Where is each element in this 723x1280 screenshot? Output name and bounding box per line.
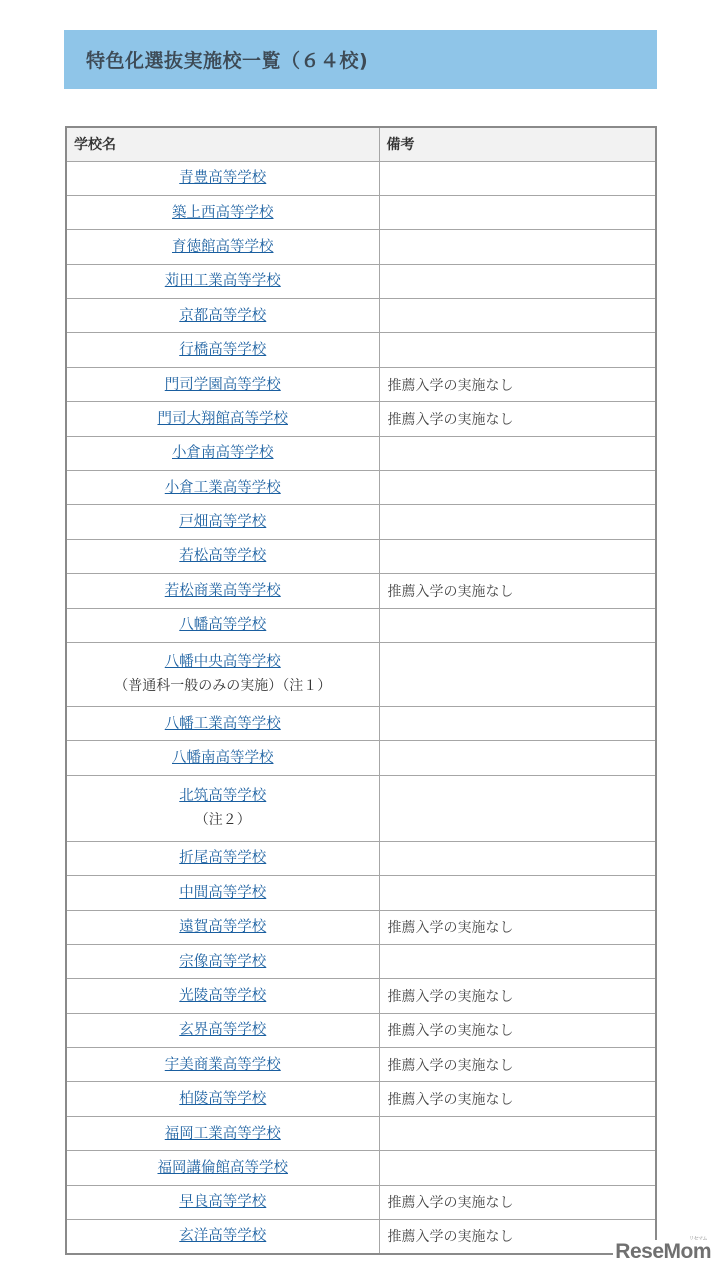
page-title: 特色化選抜実施校一覧（６４校) bbox=[86, 46, 368, 73]
school-name-cell: 折尾高等学校 bbox=[66, 841, 379, 875]
table-row: 玄洋高等学校推薦入学の実施なし bbox=[66, 1220, 656, 1254]
school-name-cell: 玄洋高等学校 bbox=[66, 1220, 379, 1254]
school-name-cell: 福岡講倫館高等学校 bbox=[66, 1151, 379, 1185]
school-link[interactable]: 苅田工業高等学校 bbox=[165, 273, 281, 289]
school-name-cell: 小倉工業高等学校 bbox=[66, 471, 379, 505]
school-name-cell: 築上西高等学校 bbox=[66, 195, 379, 229]
table-row: 小倉南高等学校 bbox=[66, 436, 656, 470]
school-link[interactable]: 早良高等学校 bbox=[179, 1194, 266, 1210]
school-link[interactable]: 戸畑高等学校 bbox=[179, 514, 266, 530]
remark-cell: 推薦入学の実施なし bbox=[379, 1013, 656, 1047]
school-link[interactable]: 八幡高等学校 bbox=[179, 617, 266, 633]
table-row: 若松高等学校 bbox=[66, 539, 656, 573]
school-name-cell: 早良高等学校 bbox=[66, 1185, 379, 1219]
school-link[interactable]: 築上西高等学校 bbox=[172, 205, 274, 221]
table-row: 育徳館高等学校 bbox=[66, 230, 656, 264]
remark-cell bbox=[379, 1116, 656, 1150]
table-row: 青豊高等学校 bbox=[66, 161, 656, 195]
table-row: 福岡工業高等学校 bbox=[66, 1116, 656, 1150]
school-link[interactable]: 玄洋高等学校 bbox=[179, 1228, 266, 1244]
school-name-cell: 八幡高等学校 bbox=[66, 608, 379, 642]
table-row: 京都高等学校 bbox=[66, 299, 656, 333]
table-row: 福岡講倫館高等学校 bbox=[66, 1151, 656, 1185]
school-link[interactable]: 青豊高等学校 bbox=[179, 170, 266, 186]
school-name-cell: 遠賀高等学校 bbox=[66, 910, 379, 944]
logo-ruby: リセマム bbox=[689, 1235, 707, 1242]
school-name-cell: 苅田工業高等学校 bbox=[66, 264, 379, 298]
school-link[interactable]: 福岡工業高等学校 bbox=[165, 1126, 281, 1142]
table-row: 戸畑高等学校 bbox=[66, 505, 656, 539]
school-name-cell: 小倉南高等学校 bbox=[66, 436, 379, 470]
title-banner: 特色化選抜実施校一覧（６４校) bbox=[64, 30, 657, 89]
remark-cell: 推薦入学の実施なし bbox=[379, 1185, 656, 1219]
school-link[interactable]: 宗像高等学校 bbox=[179, 954, 266, 970]
table-row: 門司学園高等学校推薦入学の実施なし bbox=[66, 367, 656, 401]
school-name-cell: 中間高等学校 bbox=[66, 876, 379, 910]
school-name-cell: 青豊高等学校 bbox=[66, 161, 379, 195]
table-row: 折尾高等学校 bbox=[66, 841, 656, 875]
resemom-logo: リセマム ReseMom bbox=[613, 1240, 713, 1264]
table-row: 玄界高等学校推薦入学の実施なし bbox=[66, 1013, 656, 1047]
remark-cell: 推薦入学の実施なし bbox=[379, 910, 656, 944]
school-link[interactable]: 門司大翔館高等学校 bbox=[158, 411, 289, 427]
school-link[interactable]: 小倉南高等学校 bbox=[172, 445, 274, 461]
school-link[interactable]: 柏陵高等学校 bbox=[179, 1091, 266, 1107]
school-link[interactable]: 若松高等学校 bbox=[179, 548, 266, 564]
school-name-cell: 福岡工業高等学校 bbox=[66, 1116, 379, 1150]
table-row: 早良高等学校推薦入学の実施なし bbox=[66, 1185, 656, 1219]
table-row: 宗像高等学校 bbox=[66, 944, 656, 978]
remark-cell bbox=[379, 299, 656, 333]
table-row: 八幡高等学校 bbox=[66, 608, 656, 642]
school-link[interactable]: 玄界高等学校 bbox=[179, 1022, 266, 1038]
school-name-cell: 若松商業高等学校 bbox=[66, 574, 379, 608]
school-name-cell: 戸畑高等学校 bbox=[66, 505, 379, 539]
column-header-remarks: 備考 bbox=[379, 127, 656, 161]
remark-cell bbox=[379, 436, 656, 470]
school-link[interactable]: 中間高等学校 bbox=[179, 885, 266, 901]
remark-cell bbox=[379, 775, 656, 841]
table-row: 若松商業高等学校推薦入学の実施なし bbox=[66, 574, 656, 608]
table-row: 八幡工業高等学校 bbox=[66, 706, 656, 740]
remark-cell bbox=[379, 195, 656, 229]
remark-cell bbox=[379, 706, 656, 740]
remark-cell: 推薦入学の実施なし bbox=[379, 402, 656, 436]
table-row: 中間高等学校 bbox=[66, 876, 656, 910]
school-name-cell: 八幡南高等学校 bbox=[66, 741, 379, 775]
logo-text: ReseMom bbox=[615, 1240, 711, 1263]
remark-cell bbox=[379, 333, 656, 367]
remark-cell bbox=[379, 741, 656, 775]
school-name-cell: 北筑高等学校（注２） bbox=[66, 775, 379, 841]
remark-cell bbox=[379, 1151, 656, 1185]
column-header-school-name: 学校名 bbox=[66, 127, 379, 161]
school-link[interactable]: 折尾高等学校 bbox=[179, 850, 266, 866]
school-note: （注２） bbox=[67, 808, 379, 832]
remark-cell bbox=[379, 608, 656, 642]
table-row: 遠賀高等学校推薦入学の実施なし bbox=[66, 910, 656, 944]
remark-cell bbox=[379, 841, 656, 875]
school-link[interactable]: 八幡中央高等学校 bbox=[165, 654, 281, 670]
table-row: 光陵高等学校推薦入学の実施なし bbox=[66, 979, 656, 1013]
school-name-cell: 柏陵高等学校 bbox=[66, 1082, 379, 1116]
school-name-cell: 門司大翔館高等学校 bbox=[66, 402, 379, 436]
school-link[interactable]: 北筑高等学校 bbox=[179, 788, 266, 804]
school-name-cell: 育徳館高等学校 bbox=[66, 230, 379, 264]
remark-cell bbox=[379, 944, 656, 978]
school-name-cell: 京都高等学校 bbox=[66, 299, 379, 333]
remark-cell: 推薦入学の実施なし bbox=[379, 979, 656, 1013]
table-row: 小倉工業高等学校 bbox=[66, 471, 656, 505]
table-body: 青豊高等学校築上西高等学校育徳館高等学校苅田工業高等学校京都高等学校行橋高等学校… bbox=[66, 161, 656, 1254]
school-link[interactable]: 福岡講倫館高等学校 bbox=[158, 1160, 289, 1176]
remark-cell: 推薦入学の実施なし bbox=[379, 1048, 656, 1082]
table-row: 北筑高等学校（注２） bbox=[66, 775, 656, 841]
schools-table: 学校名 備考 青豊高等学校築上西高等学校育徳館高等学校苅田工業高等学校京都高等学… bbox=[65, 126, 657, 1255]
school-link[interactable]: 八幡工業高等学校 bbox=[165, 716, 281, 732]
school-name-cell: 宗像高等学校 bbox=[66, 944, 379, 978]
remark-cell bbox=[379, 642, 656, 706]
table-header-row: 学校名 備考 bbox=[66, 127, 656, 161]
table-row: 八幡南高等学校 bbox=[66, 741, 656, 775]
school-name-cell: 玄界高等学校 bbox=[66, 1013, 379, 1047]
school-name-cell: 若松高等学校 bbox=[66, 539, 379, 573]
school-link[interactable]: 行橋高等学校 bbox=[179, 342, 266, 358]
remark-cell bbox=[379, 471, 656, 505]
table-row: 苅田工業高等学校 bbox=[66, 264, 656, 298]
table-row: 門司大翔館高等学校推薦入学の実施なし bbox=[66, 402, 656, 436]
remark-cell: 推薦入学の実施なし bbox=[379, 574, 656, 608]
remark-cell: 推薦入学の実施なし bbox=[379, 1082, 656, 1116]
table-row: 行橋高等学校 bbox=[66, 333, 656, 367]
school-link[interactable]: 京都高等学校 bbox=[179, 308, 266, 324]
school-link[interactable]: 門司学園高等学校 bbox=[165, 377, 281, 393]
table-row: 築上西高等学校 bbox=[66, 195, 656, 229]
table-row: 八幡中央高等学校（普通科一般のみの実施）（注１） bbox=[66, 642, 656, 706]
school-link[interactable]: 光陵高等学校 bbox=[179, 988, 266, 1004]
remark-cell bbox=[379, 161, 656, 195]
school-note: （普通科一般のみの実施）（注１） bbox=[67, 674, 379, 698]
remark-cell: 推薦入学の実施なし bbox=[379, 367, 656, 401]
remark-cell bbox=[379, 230, 656, 264]
table-row: 宇美商業高等学校推薦入学の実施なし bbox=[66, 1048, 656, 1082]
school-link[interactable]: 八幡南高等学校 bbox=[172, 750, 274, 766]
school-link[interactable]: 宇美商業高等学校 bbox=[165, 1057, 281, 1073]
remark-cell bbox=[379, 876, 656, 910]
school-name-cell: 光陵高等学校 bbox=[66, 979, 379, 1013]
remark-cell bbox=[379, 264, 656, 298]
school-name-cell: 行橋高等学校 bbox=[66, 333, 379, 367]
school-name-cell: 八幡中央高等学校（普通科一般のみの実施）（注１） bbox=[66, 642, 379, 706]
school-link[interactable]: 小倉工業高等学校 bbox=[165, 480, 281, 496]
school-name-cell: 門司学園高等学校 bbox=[66, 367, 379, 401]
school-link[interactable]: 遠賀高等学校 bbox=[179, 919, 266, 935]
school-name-cell: 宇美商業高等学校 bbox=[66, 1048, 379, 1082]
remark-cell bbox=[379, 505, 656, 539]
page: 特色化選抜実施校一覧（６４校) 学校名 備考 青豊高等学校築上西高等学校育徳館高… bbox=[0, 0, 723, 1280]
remark-cell bbox=[379, 539, 656, 573]
school-link[interactable]: 育徳館高等学校 bbox=[172, 239, 274, 255]
school-link[interactable]: 若松商業高等学校 bbox=[165, 583, 281, 599]
school-name-cell: 八幡工業高等学校 bbox=[66, 706, 379, 740]
table-row: 柏陵高等学校推薦入学の実施なし bbox=[66, 1082, 656, 1116]
